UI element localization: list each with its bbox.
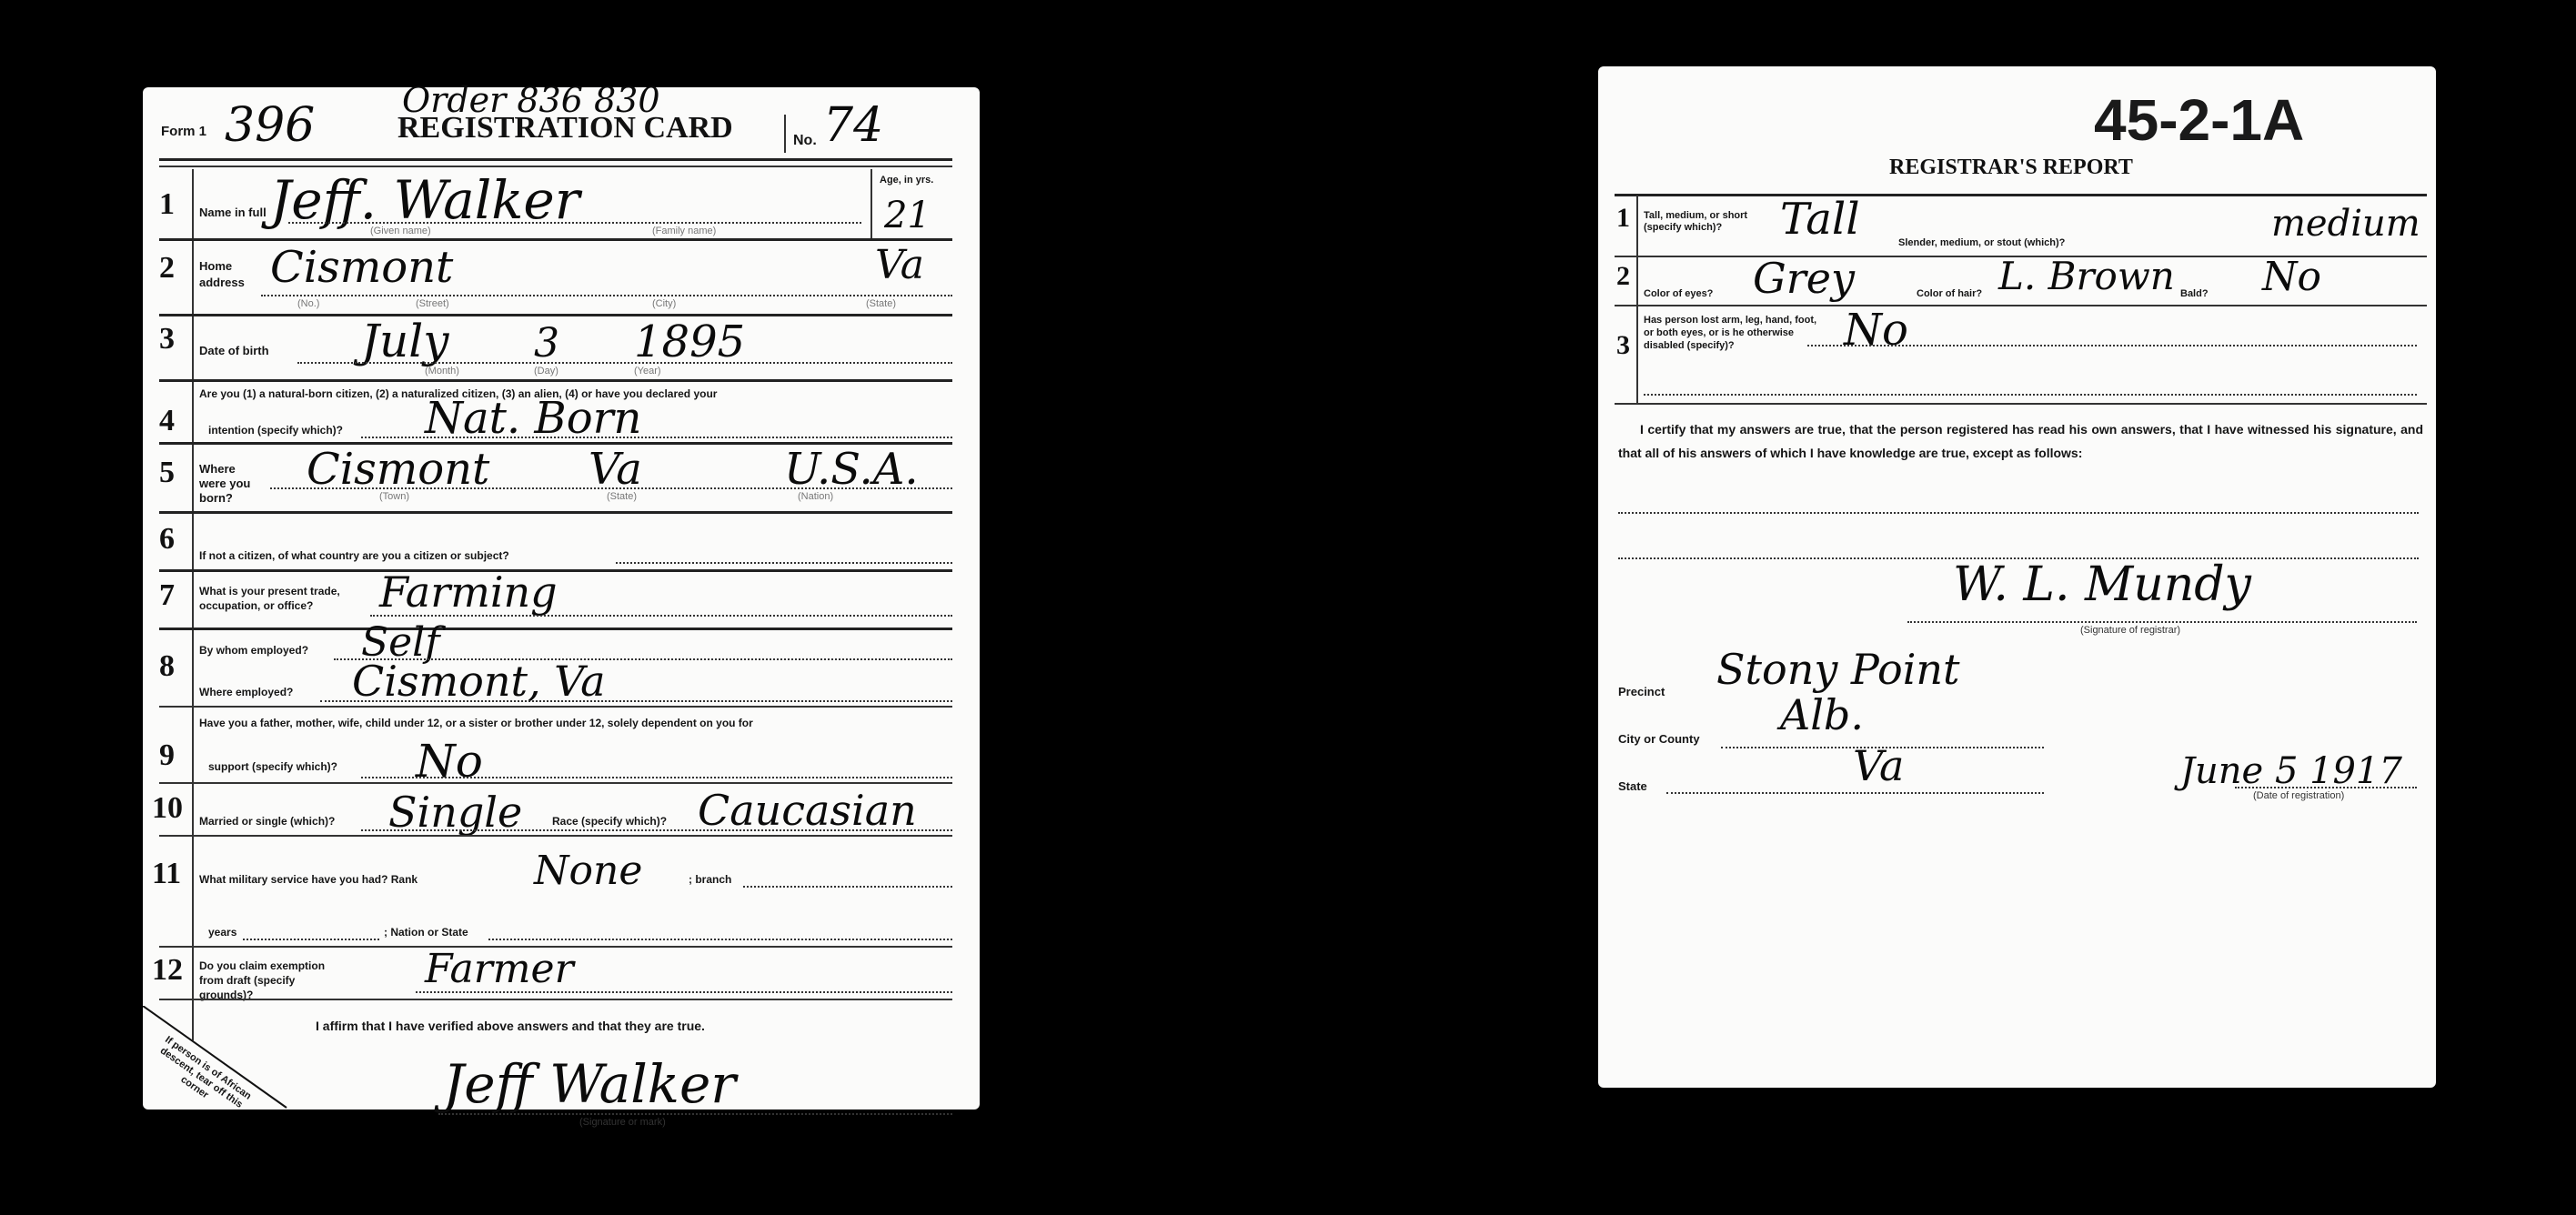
dob-month: July <box>361 315 448 367</box>
hair-color-label: Color of hair? <box>1917 288 1982 299</box>
registrant-signature: Jeff Walker <box>443 1053 736 1115</box>
dob-label: Date of birth <box>199 344 269 357</box>
age-label: Age, in yrs. <box>880 175 933 186</box>
dependents-value: No <box>416 735 483 788</box>
citizen-country-label: If not a citizen, of what country are yo… <box>199 549 509 562</box>
registrar-signature: W. L. Mundy <box>1953 557 2251 612</box>
no-label: No. <box>793 133 817 149</box>
height-value: Tall <box>1780 194 1860 245</box>
county-label: City or County <box>1618 732 1700 746</box>
military-rank-value: None <box>534 848 642 894</box>
exemption-value: Farmer <box>425 946 574 992</box>
precinct-value: Stony Point <box>1716 645 1960 694</box>
report-title: REGISTRAR'S REPORT <box>1889 156 2133 180</box>
work-location-label: Where employed? <box>199 686 293 698</box>
eye-color-label: Color of eyes? <box>1644 288 1713 299</box>
affirmation-text: I affirm that I have verified above answ… <box>316 1019 705 1033</box>
stamp-code: 45-2-1A <box>2094 86 2304 154</box>
home-address-label: Home address <box>199 258 254 291</box>
race-label: Race (specify which)? <box>552 815 667 828</box>
form-label: Form 1 <box>161 124 206 139</box>
marital-label: Married or single (which)? <box>199 815 335 828</box>
bald-label: Bald? <box>2180 288 2209 299</box>
precinct-label: Precinct <box>1618 685 1665 698</box>
height-label: Tall, medium, or short (specify which)? <box>1644 210 1762 234</box>
county-value: Alb. <box>1780 690 1864 739</box>
eye-color-value: Grey <box>1753 254 1855 303</box>
row-number: 1 <box>159 187 175 222</box>
work-location-value: Cismont, Va <box>352 657 606 706</box>
bald-value: No <box>2262 254 2321 300</box>
dob-year: 1895 <box>634 316 745 367</box>
dob-day: 3 <box>534 320 559 367</box>
employer-label: By whom employed? <box>199 644 308 657</box>
home-state-value: Va <box>875 242 924 288</box>
disability-label: Has person lost arm, leg, hand, foot, or… <box>1644 314 1826 352</box>
name-label: Name in full <box>199 206 267 219</box>
home-address-value: Cismont <box>270 242 453 293</box>
age-value: 21 <box>884 195 931 236</box>
card-number: 74 <box>823 98 883 153</box>
race-value: Caucasian <box>698 786 917 835</box>
build-label: Slender, medium, or stout (which)? <box>1898 237 2065 248</box>
build-value: medium <box>2271 203 2420 245</box>
birthplace-label: Where were you born? <box>199 462 263 506</box>
state-label: State <box>1618 779 1647 793</box>
occupation-label: What is your present trade, occupation, … <box>199 584 381 613</box>
registration-card: Form 1 396 Order 836 830 REGISTRATION CA… <box>143 87 980 1110</box>
dependents-question: Have you a father, mother, wife, child u… <box>199 717 753 729</box>
military-label: What military service have you had? Rank <box>199 873 418 886</box>
hair-color-value: L. Brown <box>1998 254 2175 298</box>
state-value: Va <box>1853 741 1904 790</box>
occupation-value: Farming <box>379 567 558 617</box>
disability-value: No <box>1844 305 1908 356</box>
registrar-report-card: 45-2-1A REGISTRAR'S REPORT 1 Tall, mediu… <box>1598 66 2436 1088</box>
exemption-label: Do you claim exemption from draft (speci… <box>199 959 345 1002</box>
form-number: 396 <box>225 98 315 153</box>
card-title: REGISTRATION CARD <box>397 111 733 146</box>
certification-text: I certify that my answers are true, that… <box>1618 417 2423 465</box>
